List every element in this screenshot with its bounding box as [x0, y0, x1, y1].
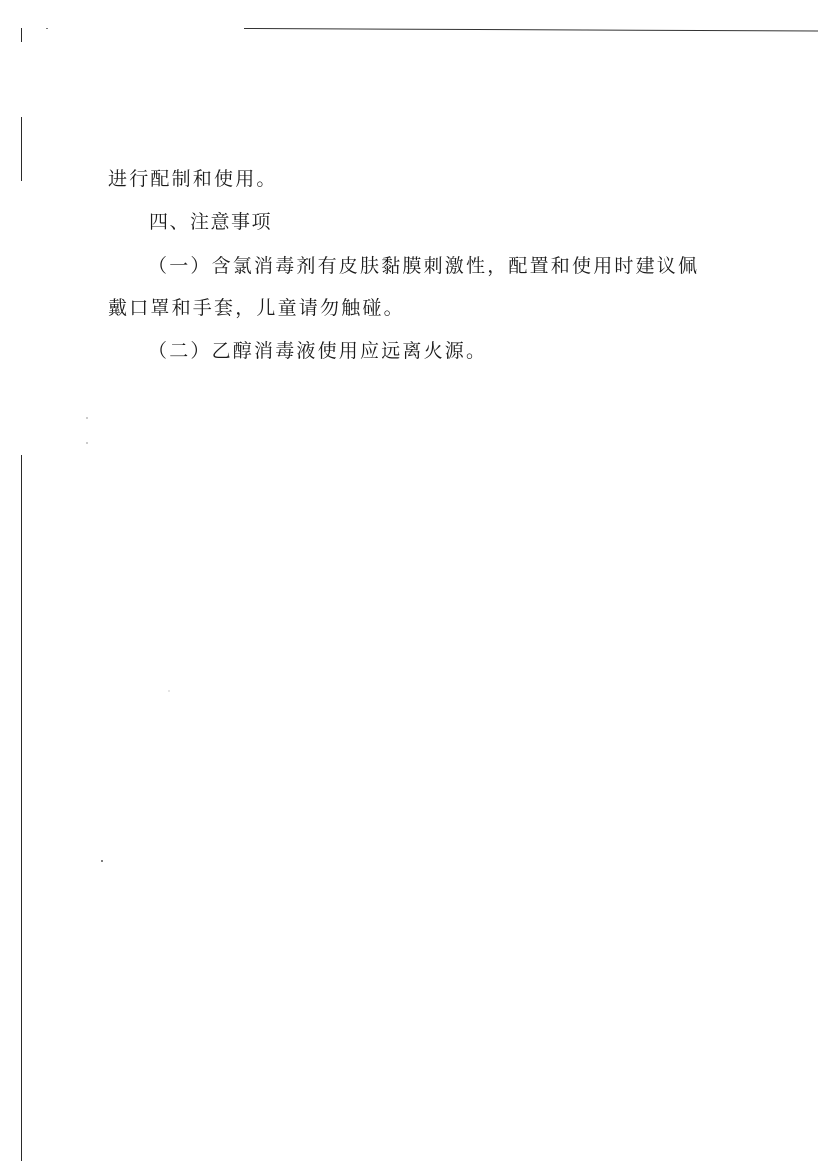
- scan-edge-mark-long: [21, 455, 22, 1161]
- scan-speck: [86, 417, 88, 419]
- paragraph-line: 戴口罩和手套，儿童请勿触碰。: [108, 299, 405, 318]
- scan-edge-mark-top: [21, 28, 22, 42]
- scan-speck: [168, 690, 170, 692]
- paragraph-line: （一）含氯消毒剂有皮肤黏膜刺激性，配置和使用时建议佩: [148, 257, 699, 276]
- scan-speck: [46, 28, 48, 29]
- header-rule: [244, 28, 818, 32]
- paragraph-line: 进行配制和使用。: [108, 170, 278, 189]
- scan-speck: [86, 442, 88, 444]
- scan-edge-mark-upper: [21, 117, 22, 181]
- scan-speck: [101, 860, 103, 862]
- section-heading: 四、注意事项: [149, 213, 272, 232]
- paragraph-line: （二）乙醇消毒液使用应远离火源。: [148, 342, 487, 361]
